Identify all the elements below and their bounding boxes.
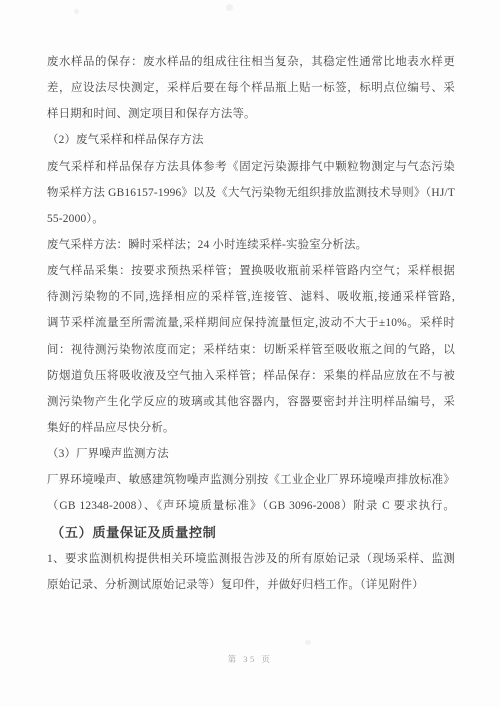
text-line: 集好的样品应尽快分析。 <box>47 415 455 441</box>
section-heading: （2）废气采样和样品保存方法 <box>47 127 455 153</box>
text-line: 废气采样和样品保存方法具体参考《固定污染源排气中颗粒物测定与气态污染 <box>47 154 455 180</box>
text-line: 废气样品采集：按要求预热采样管；置换吸收瓶前采样管路内空气；采样根据 <box>47 258 455 284</box>
text-line: 厂界环境噪声、敏感建筑物噪声监测分别按《工业企业厂界环境噪声排放标准》 <box>47 467 455 493</box>
text-line: （GB 12348-2008）、《声环境质量标准》（GB 3096-2008）附… <box>47 493 455 519</box>
section-heading: （3）厂界噪声监测方法 <box>47 441 455 467</box>
text-line: 原始记录、分析测试原始记录等）复印件，并做好归档工作。（详见附件） <box>47 572 455 598</box>
text-line: 间：视待测污染物浓度而定；采样结束：切断采样管至吸收瓶之间的气路，以 <box>47 337 455 363</box>
scan-speck <box>74 9 79 14</box>
text-block: 废水样品的保存：废水样品的组成往往相当复杂，其稳定性通常比地表水样更 差，应设法… <box>47 49 455 598</box>
chapter-heading: （五）质量保证及质量控制 <box>47 520 455 546</box>
text-line: 防烟道负压将吸收液及空气抽入采样管；样品保存：采集的样品应放在不与被 <box>47 363 455 389</box>
page-number: 第 35 页 <box>0 653 500 665</box>
text-line: 55-2000）。 <box>47 206 455 232</box>
text-line: 废水样品的保存：废水样品的组成往往相当复杂，其稳定性通常比地表水样更 <box>47 49 455 75</box>
text-line: 调节采样流量至所需流量,采样期间应保持流量恒定,波动不大于±10%。采样时 <box>47 310 455 336</box>
text-line: 差，应设法尽快测定，采样后要在每个样品瓶上贴一标签，标明点位编号、采 <box>47 75 455 101</box>
scan-speck <box>226 4 233 11</box>
text-line: 废气采样方法：瞬时采样法；24 小时连续采样-实验室分析法。 <box>47 232 455 258</box>
text-line: 1、要求监测机构提供相关环境监测报告涉及的所有原始记录（现场采样、监测 <box>47 546 455 572</box>
document-page: 废水样品的保存：废水样品的组成往往相当复杂，其稳定性通常比地表水样更 差，应设法… <box>0 0 500 707</box>
text-line: 物采样方法 GB16157-1996》以及《大气污染物无组织排放监测技术导则》（… <box>47 180 455 206</box>
text-line: 样日期和时间、测定项目和保存方法等。 <box>47 101 455 127</box>
text-line: 待测污染物的不同,选择相应的采样管,连接管、滤料、吸收瓶,接通采样管路, <box>47 284 455 310</box>
scan-speck <box>305 640 311 645</box>
text-line: 测污染物产生化学反应的玻璃或其他容器内，容器要密封并注明样品编号，采 <box>47 389 455 415</box>
